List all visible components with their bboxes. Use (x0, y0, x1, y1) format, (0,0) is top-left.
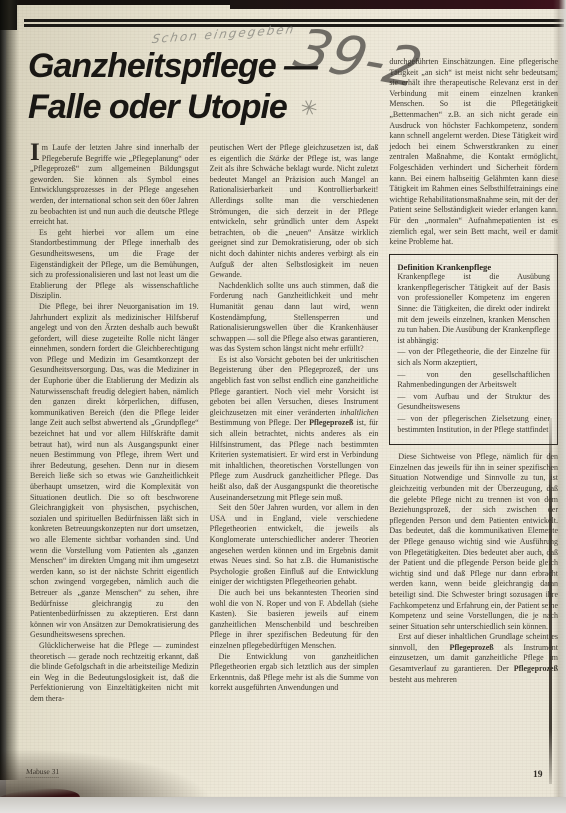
article-body: Im Laufe der letzten Jahre sind innerhal… (30, 57, 558, 757)
drop-cap: I (30, 143, 42, 163)
paragraph: Glücklicherweise hat die Pflege — zumind… (30, 641, 199, 705)
scan-edge-bottom (0, 797, 566, 813)
paragraph: Die auch bei uns bekanntesten Theorien s… (210, 588, 379, 652)
definition-box-item: — von der Pflegetheorie, die der Einzeln… (397, 347, 550, 368)
paragraph: Die Pflege, bei ihrer Neuorganisation im… (30, 302, 199, 641)
paragraph-text: m Laufe der letzten Jahre sind innerhalb… (30, 143, 199, 226)
paragraph: Nachdenklich sollte uns auch stimmen, da… (210, 281, 379, 355)
paragraph: Diese Sichtweise von Pflege, nämlich für… (389, 452, 558, 632)
paragraph: Im Laufe der letzten Jahre sind innerhal… (30, 143, 199, 228)
scanned-magazine-page: { "page": { "title_line1": "Ganzheitspfl… (0, 0, 566, 813)
definition-box-intro: Krankenpflege ist die Ausübung krankenpf… (397, 272, 550, 346)
column-left: Im Laufe der letzten Jahre sind innerhal… (30, 57, 199, 757)
page-edge-line (549, 418, 552, 784)
paragraph: Seit den 50er Jahren wurden, vor allem i… (210, 503, 379, 588)
magazine-page: Schon eingegeben 39-2 ✳ Ganzheitspflege … (6, 0, 566, 797)
paragraph: Es ist also Vorsicht geboten bei der unk… (210, 355, 379, 503)
definition-box-item: — von den gesellschaftlichen Rahmenbedin… (397, 370, 550, 391)
definition-box: Definition Krankenpflege Krankenpflege i… (389, 254, 558, 446)
column-right: durchgeführten Einschätzungen. Eine pfle… (389, 57, 558, 757)
scan-edge-left (0, 0, 19, 780)
definition-box-item: — vom Aufbau und der Struktur des Gesund… (397, 392, 550, 413)
paragraph: durchgeführten Einschätzungen. Eine pfle… (389, 57, 558, 248)
scan-edge-top-right (230, 0, 566, 9)
scan-edge-right (553, 0, 566, 813)
paragraph: Erst auf dieser inhaltlichen Grundlage s… (389, 632, 558, 685)
page-number: 19 (533, 770, 543, 780)
definition-box-item: — von der pflegerischen Zielsetzung eine… (397, 414, 550, 435)
paragraph: peutischen Wert der Pflege gleichzusetze… (210, 143, 379, 281)
definition-box-title: Definition Krankenpflege (397, 262, 550, 273)
paragraph: Es geht hierbei vor allem um eine Stando… (30, 228, 199, 302)
paragraph: Die Entwicklung von ganzheitlichen Pfleg… (210, 652, 379, 694)
column-middle: peutischen Wert der Pflege gleichzusetze… (210, 57, 379, 757)
